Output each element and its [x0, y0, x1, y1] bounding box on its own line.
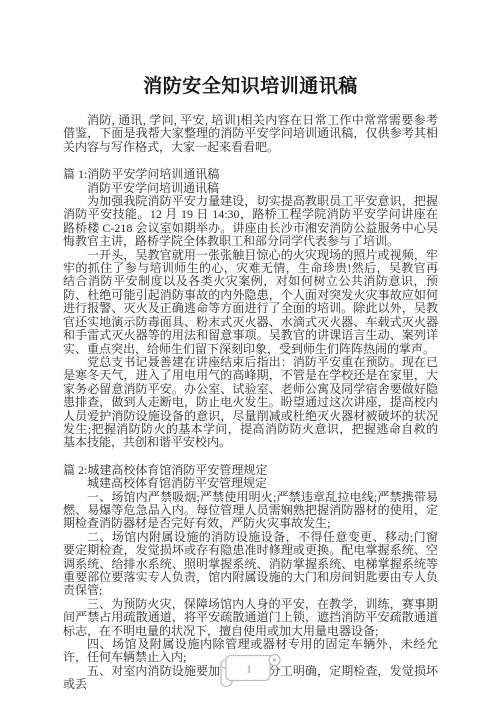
page-title: 消防安全知识培训通讯稿 — [63, 74, 438, 100]
section-1-heading: 篇 1:消防平安学问培训通讯稿 — [63, 168, 438, 181]
section-1-paragraph-2: 一开头，吴教官就用一张张触目惊心的火灾现场的照片或视频，牢牢的抓住了参与培训师生… — [63, 249, 438, 356]
page-footer: 1 — [0, 651, 500, 696]
section-1-paragraph-1: 为加强我院消防平安力量建设，切实提高教职员工平安意识，把握消防平安技能。12 月… — [63, 195, 438, 249]
section-2-item-2: 二、场馆内附属设施的消防设施设备，不得任意变更、移动;门窗要定期检查，发觉损坏或… — [63, 531, 438, 598]
page-number: 1 — [246, 664, 252, 676]
document-page: 消防安全知识培训通讯稿 消防, 通讯, 学问, 平安, 培训]相关内容在日常工作… — [63, 74, 438, 692]
section-2-subtitle: 城建高校体育馆消防平安管理规定 — [63, 477, 438, 490]
scroll-banner-icon: 1 — [214, 651, 286, 691]
section-2-item-3: 三、为预防火灾，保障场馆内人身的平安，在教学，训练，赛事期间严禁占用疏散通道，将… — [63, 598, 438, 638]
section-2-item-1: 一、场馆内严禁吸烟;严禁使用明火;严禁违章乱拉电线;严禁携带易燃、易爆等危急品入… — [63, 491, 438, 531]
intro-paragraph: 消防, 通讯, 学问, 平安, 培训]相关内容在日常工作中常常需要参考借鉴，下面… — [63, 114, 438, 154]
section-1-paragraph-3: 党总支书记聂善建在讲座结束后指出：消防平安重在预防。现在已是寒冬天气，进入了用电… — [63, 356, 438, 450]
